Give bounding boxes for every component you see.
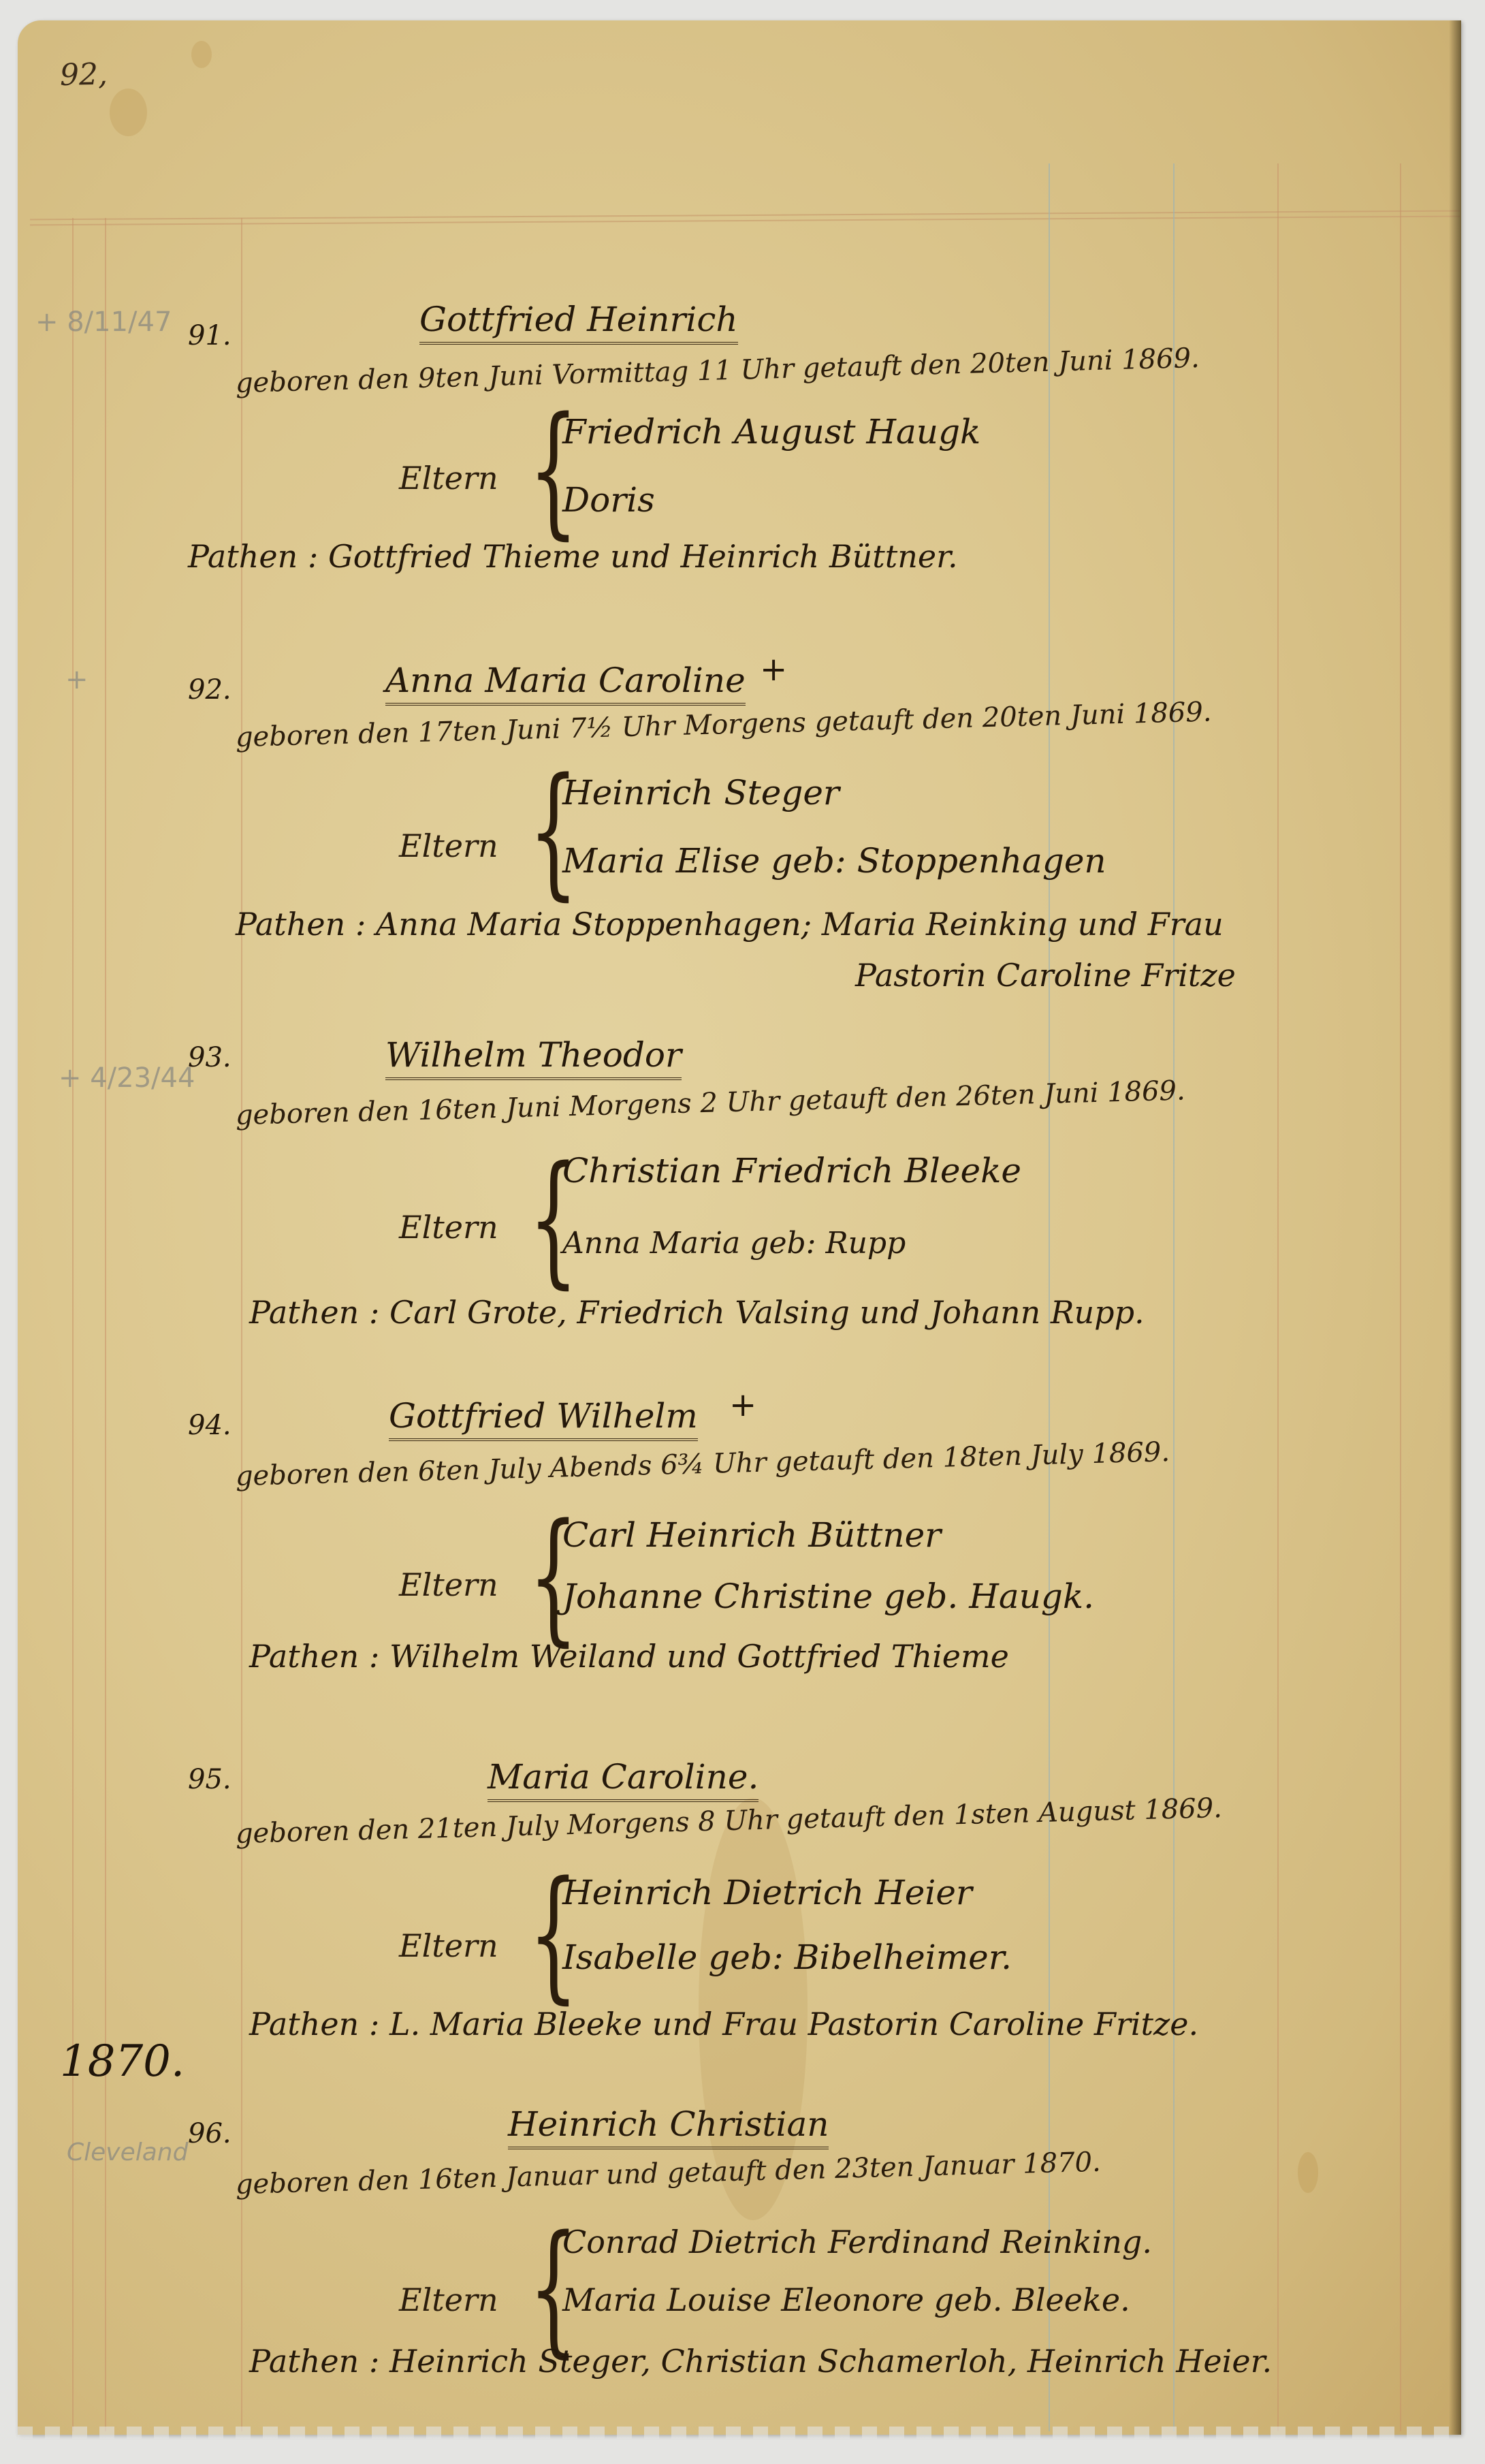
entry-number: 94. <box>188 1410 231 1441</box>
eltern-label: Eltern <box>399 827 498 864</box>
pathen-label: Pathen : <box>236 906 366 943</box>
pathen-label: Pathen : <box>249 1294 379 1331</box>
mother-name: Doris <box>562 480 655 520</box>
register-page: 92, + 8/11/47 + + 4/23/44 Cleveland 1870… <box>18 20 1461 2435</box>
pathen-label: Pathen : <box>249 2006 379 2042</box>
pathen-label: Pathen : <box>249 2343 379 2380</box>
entry-number: 96. <box>188 2118 231 2149</box>
stain <box>110 89 147 136</box>
sponsors-names: Wilhelm Weiland und Gottfried Thieme <box>389 1638 1009 1675</box>
margin-note-92: + <box>65 664 89 695</box>
deceased-cross-mark: + <box>729 1386 756 1424</box>
father-name: Carl Heinrich Büttner <box>562 1515 941 1555</box>
mother-name: Anna Maria geb: Rupp <box>562 1226 906 1261</box>
sponsors-line: Pathen : Gottfried Thieme und Heinrich B… <box>188 538 958 575</box>
sponsors-names: Gottfried Thieme und Heinrich Büttner. <box>328 538 958 575</box>
column-rule-4 <box>1400 163 1401 2431</box>
father-name: Christian Friedrich Bleeke <box>562 1151 1021 1190</box>
child-name: Maria Caroline. <box>488 1757 759 1802</box>
margin-rule-2 <box>105 218 106 2431</box>
column-rule-3 <box>1277 163 1279 2431</box>
entry-number: 92. <box>188 674 231 706</box>
margin-note-93: + 4/23/44 <box>59 1062 195 1094</box>
sponsors-names: Anna Maria Stoppenhagen; Maria Reinking … <box>376 906 1224 943</box>
mother-name: Maria Louise Eleonore geb. Bleeke. <box>562 2281 1130 2318</box>
eltern-label: Eltern <box>399 460 498 496</box>
child-name: Gottfried Heinrich <box>419 300 738 345</box>
header-rule <box>30 210 1460 221</box>
sponsors-names: Carl Grote, Friedrich Valsing und Johann… <box>389 1294 1145 1331</box>
entry-number: 91. <box>188 320 231 351</box>
birth-baptism-line: geboren den 6ten July Abends 6¾ Uhr geta… <box>235 1436 1170 1492</box>
pathen-label: Pathen : <box>188 538 318 575</box>
mother-name: Maria Elise geb: Stoppenhagen <box>562 841 1106 881</box>
sponsors-line: Pathen : Carl Grote, Friedrich Valsing u… <box>249 1294 1145 1331</box>
sponsors-continued: Pastorin Caroline Fritze <box>855 957 1236 994</box>
child-name: Heinrich Christian <box>508 2104 829 2149</box>
margin-rule-1 <box>72 218 74 2431</box>
father-name: Conrad Dietrich Ferdinand Reinking. <box>562 2224 1152 2260</box>
stain <box>1298 2152 1318 2193</box>
stain <box>191 41 212 68</box>
margin-note-91: + 8/11/47 <box>35 306 172 338</box>
sponsors-line: Pathen : L. Maria Bleeke und Frau Pastor… <box>249 2006 1198 2042</box>
sponsors-names: Heinrich Steger, Christian Schamerloh, H… <box>389 2343 1272 2380</box>
year-marker: 1870. <box>60 2036 185 2087</box>
father-name: Friedrich August Haugk <box>562 412 980 452</box>
pathen-label: Pathen : <box>249 1638 379 1675</box>
child-name: Wilhelm Theodor <box>385 1035 682 1080</box>
eltern-label: Eltern <box>399 2281 498 2318</box>
margin-note-96: Cleveland <box>67 2138 188 2166</box>
birth-baptism-line: geboren den 9ten Juni Vormittag 11 Uhr g… <box>235 343 1200 399</box>
column-rule-blue-2 <box>1173 163 1175 2431</box>
child-name: Anna Maria Caroline <box>385 661 746 706</box>
father-name: Heinrich Dietrich Heier <box>562 1873 972 1912</box>
child-name: Gottfried Wilhelm <box>389 1396 698 1441</box>
eltern-label: Eltern <box>399 1927 498 1964</box>
deceased-cross-mark: + <box>760 650 787 689</box>
birth-baptism-line: geboren den 16ten Januar und getauft den… <box>235 2147 1101 2200</box>
sponsors-names: L. Maria Bleeke und Frau Pastorin Caroli… <box>389 2006 1198 2042</box>
eltern-label: Eltern <box>399 1209 498 1246</box>
sponsors-line: Pathen : Heinrich Steger, Christian Scha… <box>249 2343 1272 2380</box>
sponsors-line: Pathen : Anna Maria Stoppenhagen; Maria … <box>236 906 1224 943</box>
mother-name: Isabelle geb: Bibelheimer. <box>562 1938 1012 1977</box>
entry-number: 93. <box>188 1042 231 1073</box>
page-number: 92, <box>59 57 108 93</box>
birth-baptism-line: geboren den 16ten Juni Morgens 2 Uhr get… <box>235 1075 1185 1131</box>
entry-number: 95. <box>188 1764 231 1795</box>
mother-name: Johanne Christine geb. Haugk. <box>562 1577 1094 1616</box>
sponsors-line: Pathen : Wilhelm Weiland und Gottfried T… <box>249 1638 1009 1675</box>
father-name: Heinrich Steger <box>562 773 840 812</box>
eltern-label: Eltern <box>399 1566 498 1603</box>
torn-page-edge <box>18 2427 1461 2439</box>
